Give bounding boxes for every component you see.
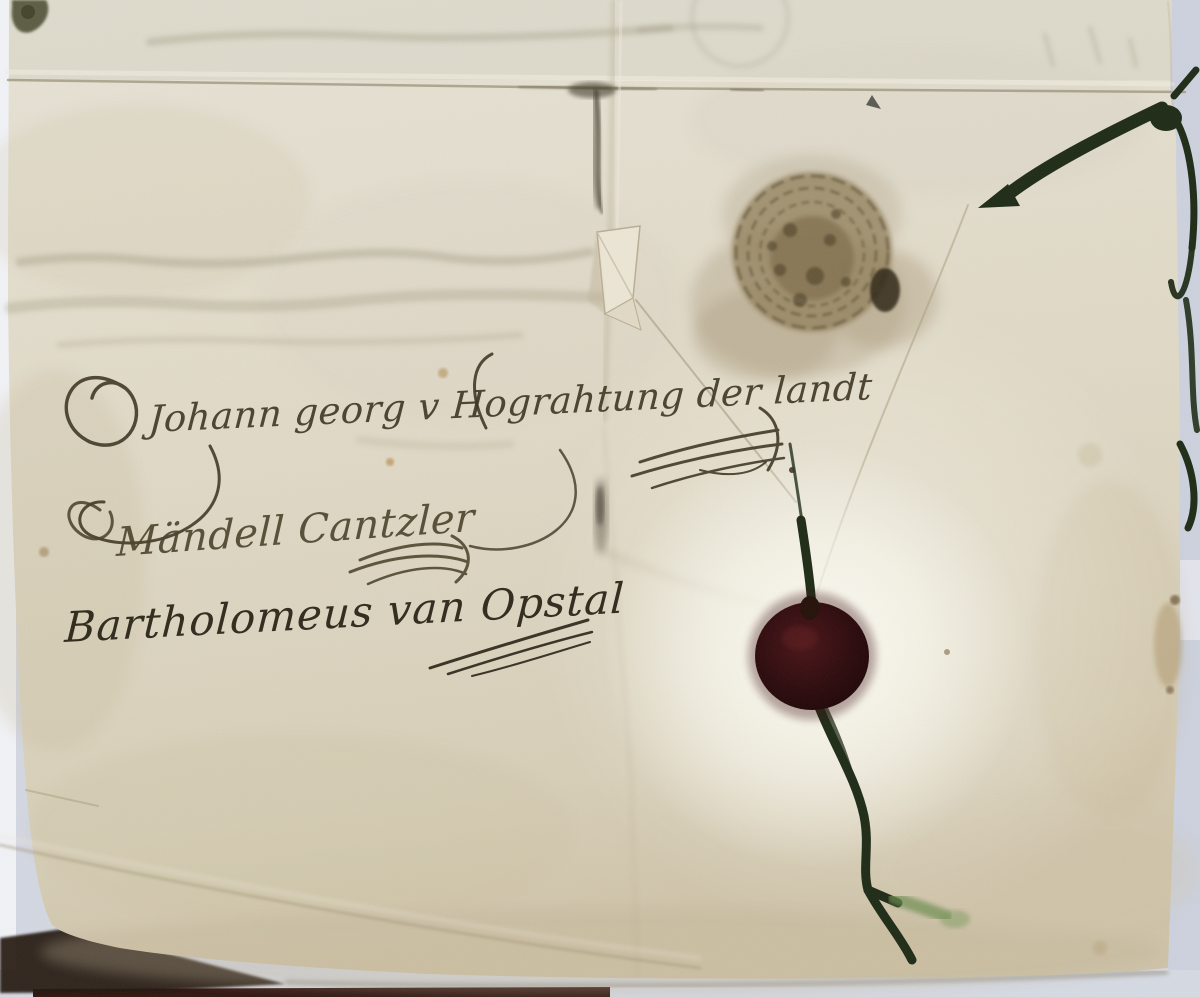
photograph-of-historic-letter: Johann georg v Hograhtung der landt Mänd… — [0, 0, 1200, 997]
letter-photo-canvas: Johann georg v Hograhtung der landt Mänd… — [0, 0, 1200, 997]
letter-paper: Johann georg v Hograhtung der landt Mänd… — [0, 0, 1200, 997]
photo-grain-overlay — [0, 0, 1200, 997]
